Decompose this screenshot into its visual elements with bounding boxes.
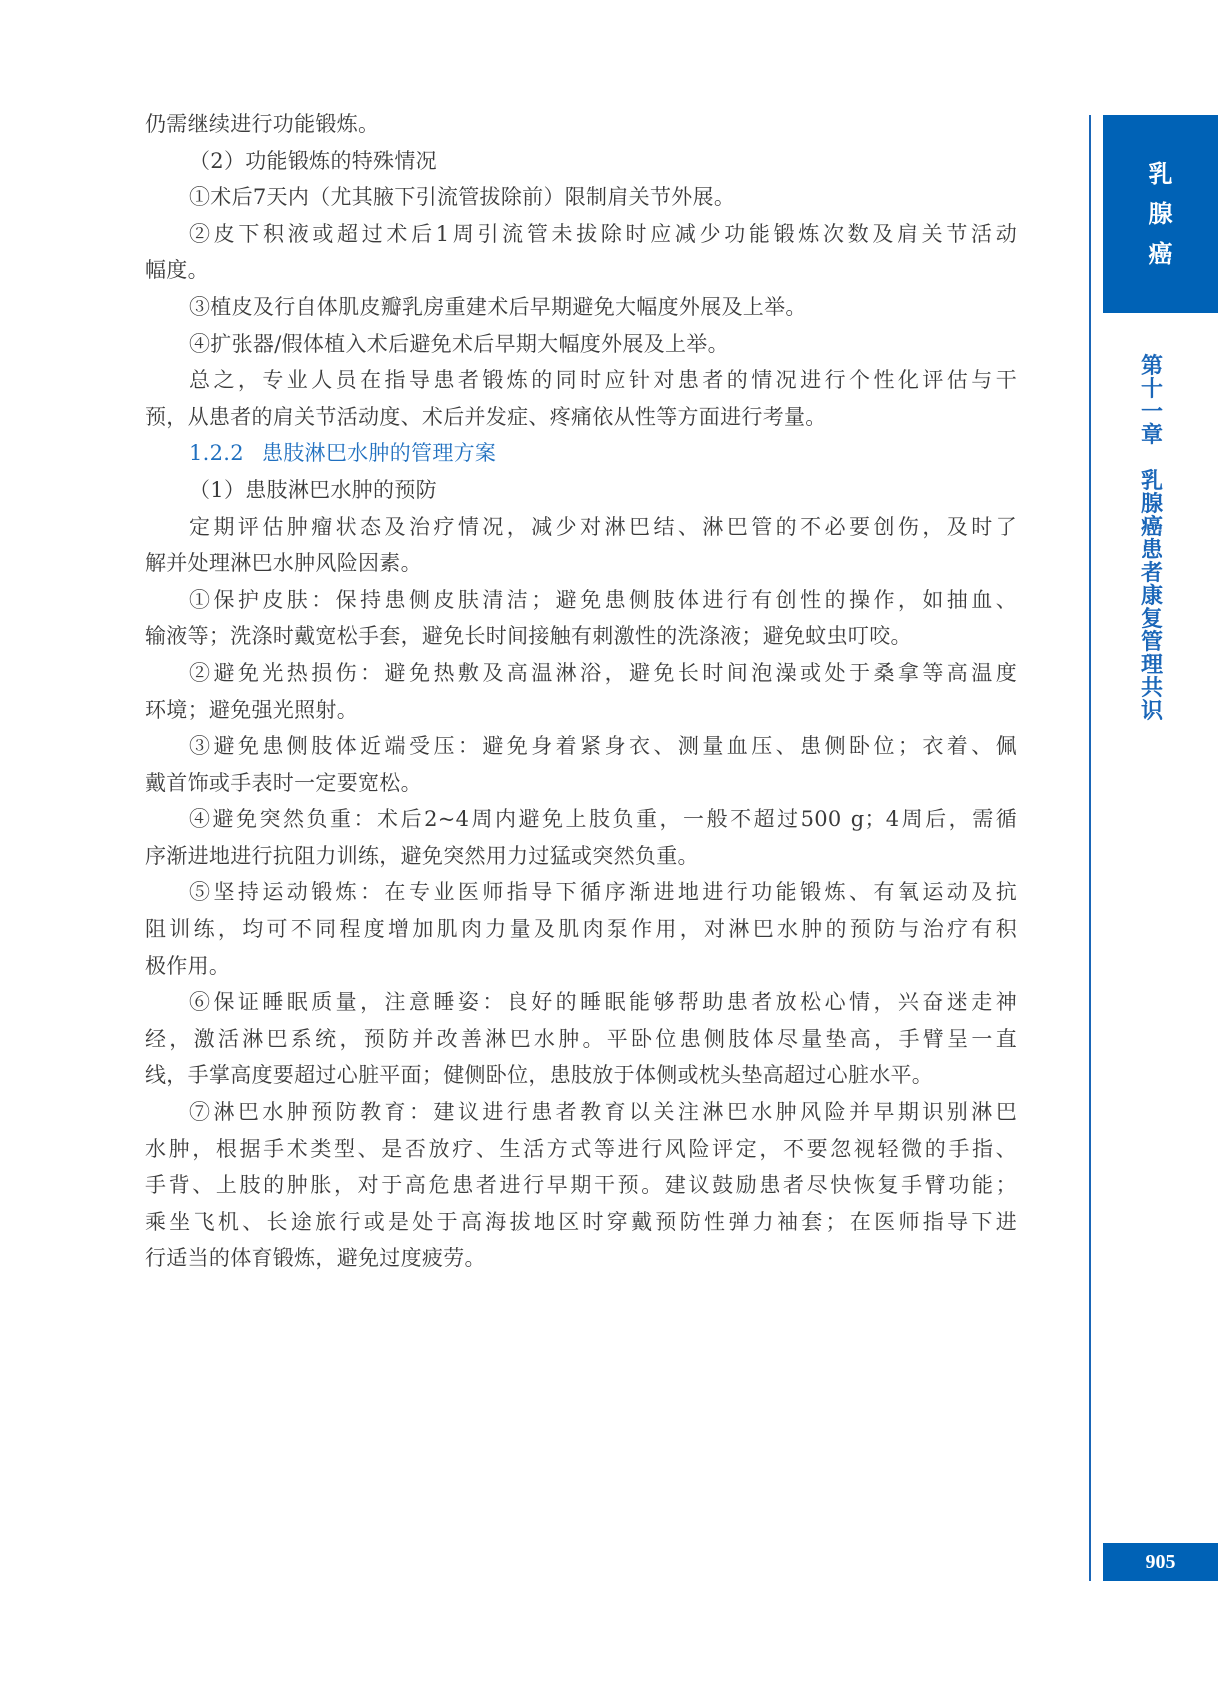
text-line: 手背、上肢的肿胀，对于高危患者进行早期干预。建议鼓励患者尽快恢复手臂功能；: [145, 1167, 1017, 1204]
chapter-title-char: 者: [1141, 562, 1163, 585]
page-body: 仍需继续进行功能锻炼。（2）功能锻炼的特殊情况①术后7天内（尤其腋下引流管拔除前…: [145, 106, 1017, 1277]
chapter-title-char: 癌: [1141, 516, 1163, 539]
text-line: 经，激活淋巴系统，预防并改善淋巴水肿。平卧位患侧肢体尽量垫高，手臂呈一直: [145, 1021, 1017, 1058]
text-line: 定期评估肿瘤状态及治疗情况，减少对淋巴结、淋巴管的不必要创伤，及时了: [145, 509, 1017, 546]
text-line: ⑦淋巴水肿预防教育：建议进行患者教育以关注淋巴水肿风险并早期识别淋巴: [145, 1094, 1017, 1131]
text-line: 环境；避免强光照射。: [145, 692, 1017, 729]
margin-rule: [1089, 115, 1091, 1581]
text-line: （2）功能锻炼的特殊情况: [145, 143, 1017, 180]
text-line: ②皮下积液或超过术后1周引流管未拔除时应减少功能锻炼次数及肩关节活动: [145, 216, 1017, 253]
section-tab-char: 癌: [1149, 234, 1173, 274]
chapter-char: 一: [1141, 401, 1163, 424]
text-line: 序渐进地进行抗阻力训练，避免突然用力过猛或突然负重。: [145, 838, 1017, 875]
text-line: 幅度。: [145, 252, 1017, 289]
text-line: ③避免患侧肢体近端受压：避免身着紧身衣、测量血压、患侧卧位；衣着、佩: [145, 728, 1017, 765]
chapter-char: 第: [1141, 355, 1163, 378]
text-line: 总之，专业人员在指导患者锻炼的同时应针对患者的情况进行个性化评估与干: [145, 362, 1017, 399]
chapter-title-char: 患: [1141, 539, 1163, 562]
section-tab: 乳腺癌: [1103, 115, 1218, 313]
text-line: ②避免光热损伤：避免热敷及高温淋浴，避免长时间泡澡或处于桑拿等高温度: [145, 655, 1017, 692]
section-tab-char: 乳: [1149, 154, 1173, 194]
text-line: （1）患肢淋巴水肿的预防: [145, 472, 1017, 509]
chapter-char: 章: [1141, 424, 1163, 447]
chapter-title-char: 共: [1141, 677, 1163, 700]
text-line: ①保护皮肤：保持患侧皮肤清洁；避免患侧肢体进行有创性的操作，如抽血、: [145, 582, 1017, 619]
text-line: 极作用。: [145, 948, 1017, 985]
text-line: ⑤坚持运动锻炼：在专业医师指导下循序渐进地进行功能锻炼、有氧运动及抗: [145, 874, 1017, 911]
text-line: ③植皮及行自体肌皮瓣乳房重建术后早期避免大幅度外展及上举。: [145, 289, 1017, 326]
text-line: 仍需继续进行功能锻炼。: [145, 106, 1017, 143]
section-number: 1.2.2: [189, 441, 244, 465]
chapter-char: 十: [1141, 378, 1163, 401]
text-line: 乘坐飞机、长途旅行或是处于高海拔地区时穿戴预防性弹力袖套；在医师指导下进: [145, 1204, 1017, 1241]
section-title: 患肢淋巴水肿的管理方案: [262, 441, 496, 465]
text-line: 输液等；洗涤时戴宽松手套，避免长时间接触有刺激性的洗涤液；避免蚊虫叮咬。: [145, 618, 1017, 655]
chapter-title-char: 乳: [1141, 470, 1163, 493]
text-line: 行适当的体育锻炼，避免过度疲劳。: [145, 1240, 1017, 1277]
text-line: ④避免突然负重：术后2~4周内避免上肢负重，一般不超过500 g；4周后，需循: [145, 801, 1017, 838]
chapter-title-char: 复: [1141, 608, 1163, 631]
chapter-title-char: 识: [1141, 700, 1163, 723]
text-line: 戴首饰或手表时一定要宽松。: [145, 765, 1017, 802]
text-line: 线，手掌高度要超过心脏平面；健侧卧位，患肢放于体侧或枕头垫高超过心脏水平。: [145, 1057, 1017, 1094]
section-heading: 1.2.2患肢淋巴水肿的管理方案: [145, 435, 1017, 472]
section-tab-char: 腺: [1149, 194, 1173, 234]
text-line: ④扩张器/假体植入术后避免术后早期大幅度外展及上举。: [145, 326, 1017, 363]
text-line: 预，从患者的肩关节活动度、术后并发症、疼痛依从性等方面进行考量。: [145, 399, 1017, 436]
text-line: 解并处理淋巴水肿风险因素。: [145, 545, 1017, 582]
chapter-title-char: 腺: [1141, 493, 1163, 516]
chapter-title-char: 管: [1141, 631, 1163, 654]
chapter-title-char: 理: [1141, 654, 1163, 677]
text-line: 阻训练，均可不同程度增加肌肉力量及肌肉泵作用，对淋巴水肿的预防与治疗有积: [145, 911, 1017, 948]
chapter-title-char: 康: [1141, 585, 1163, 608]
page-number: 905: [1103, 1543, 1218, 1581]
text-line: 水肿，根据手术类型、是否放疗、生活方式等进行风险评定，不要忽视轻微的手指、: [145, 1131, 1017, 1168]
text-line: ⑥保证睡眠质量，注意睡姿：良好的睡眠能够帮助患者放松心情，兴奋迷走神: [145, 984, 1017, 1021]
chapter-running-title: 第十一章乳腺癌患者康复管理共识: [1130, 355, 1174, 723]
text-line: ①术后7天内（尤其腋下引流管拔除前）限制肩关节外展。: [145, 179, 1017, 216]
